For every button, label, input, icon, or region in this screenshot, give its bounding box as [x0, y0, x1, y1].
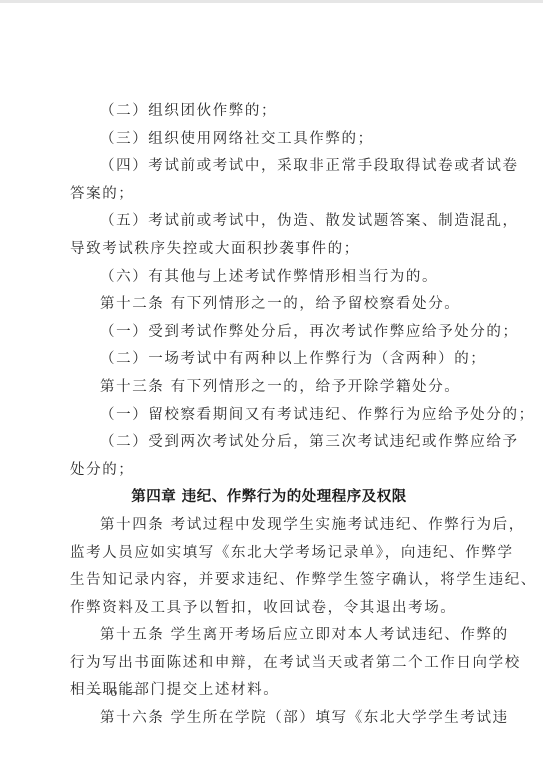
text-line: 行为写出书面陈述和申辩，在考试当天或者第二个工作日向学校	[70, 650, 468, 678]
text-line: （一）留校察看期间又有考试违纪、作弊行为应给予处分的；	[70, 402, 468, 430]
chapter-4-heading: 第四章 违纪、作弊行为的处理程序及权限	[70, 484, 468, 512]
article-16-line: 第十六条 学生所在学院（部）填写《东北大学学生考试违	[70, 705, 468, 733]
text-line: （二）一场考试中有两种以上作弊行为（含两种）的；	[70, 346, 468, 374]
page-number: — 6 —	[90, 685, 139, 699]
top-edge-shadow	[0, 0, 543, 3]
article-14-line: 第十四条 考试过程中发现学生实施考试违纪、作弊行为后，	[70, 512, 468, 540]
text-line: （一）受到考试作弊处分后，再次考试作弊应给予处分的；	[70, 319, 468, 347]
document-page-body: （二）组织团伙作弊的； （三）组织使用网络社交工具作弊的； （四）考试前或考试中…	[70, 98, 468, 733]
text-line: （三）组织使用网络社交工具作弊的；	[70, 126, 468, 154]
text-line: 导致考试秩序失控或大面积抄袭事件的；	[70, 236, 468, 264]
text-line: 监考人员应如实填写《东北大学考场记录单》，向违纪、作弊学	[70, 540, 468, 568]
text-line: （二）受到两次考试处分后，第三次考试违纪或作弊应给予	[70, 429, 468, 457]
text-line: 处分的；	[70, 457, 468, 485]
article-13-heading-line: 第十三条 有下列情形之一的，给予开除学籍处分。	[70, 374, 468, 402]
article-15-line: 第十五条 学生离开考场后应立即对本人考试违纪、作弊的	[70, 622, 468, 650]
text-line: 生告知记录内容，并要求违纪、作弊学生签字确认，将学生违纪、	[70, 567, 468, 595]
article-12-heading-line: 第十二条 有下列情形之一的，给予留校察看处分。	[70, 291, 468, 319]
text-line: 答案的；	[70, 181, 468, 209]
text-line: （四）考试前或考试中，采取非正常手段取得试卷或者试卷	[70, 153, 468, 181]
text-line: （六）有其他与上述考试作弊情形相当行为的。	[70, 264, 468, 292]
text-line: （二）组织团伙作弊的；	[70, 98, 468, 126]
text-line: （五）考试前或考试中，伪造、散发试题答案、制造混乱，	[70, 208, 468, 236]
text-line: 作弊资料及工具予以暂扣，收回试卷，令其退出考场。	[70, 595, 468, 623]
